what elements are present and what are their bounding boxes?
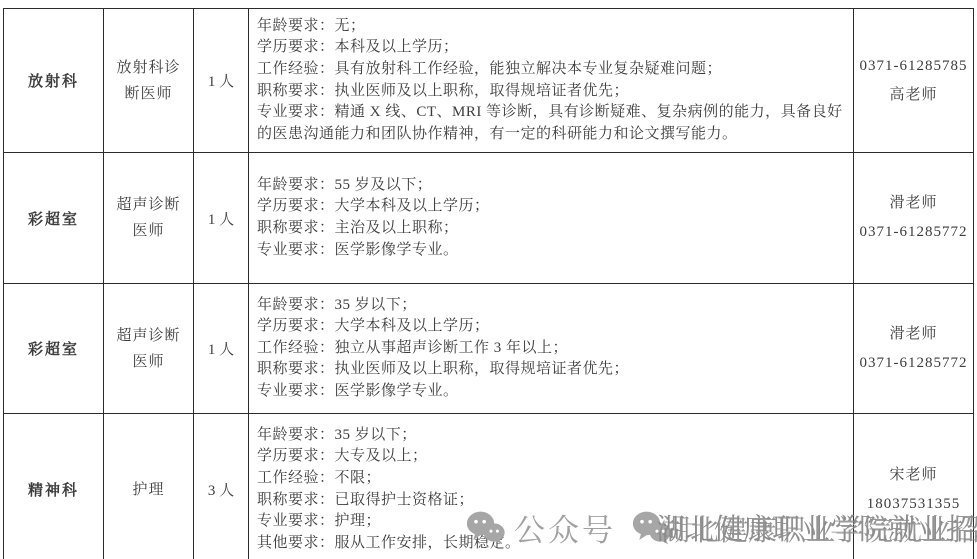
table-row: 彩超室 超声诊断医师 1 人 年龄要求：55 岁及以下； 学历要求：大学本科及以… bbox=[4, 153, 974, 284]
requirement-line: 学历要求：大专及以上； bbox=[257, 446, 847, 468]
contact-name: 宋老师 bbox=[855, 461, 972, 490]
requirement-line: 职称要求：执业医师及以上职称，取得规培证者优先； bbox=[257, 81, 847, 103]
contact-cell: 滑老师 0371-61285772 bbox=[854, 284, 974, 414]
requirement-line: 专业要求：精通 X 线、CT、MRI 等诊断，具有诊断疑难、复杂病例的能力，具备… bbox=[257, 102, 847, 145]
requirement-line: 年龄要求：35 岁以下； bbox=[257, 295, 847, 317]
headcount-cell: 1 人 bbox=[194, 9, 249, 153]
department-cell: 精神科 bbox=[4, 414, 104, 559]
requirements-cell: 年龄要求：无； 学历要求：本科及以上学历； 工作经验：具有放射科工作经验，能独立… bbox=[249, 9, 854, 153]
position-cell: 放射科诊断医师 bbox=[104, 9, 194, 153]
requirement-line: 学历要求：大学本科及以上学历； bbox=[257, 316, 847, 338]
headcount-cell: 1 人 bbox=[194, 153, 249, 284]
requirement-line: 工作经验：具有放射科工作经验，能独立解决本专业复杂疑难问题； bbox=[257, 59, 847, 81]
requirements-cell: 年龄要求：35 岁以下； 学历要求：大专及以上； 工作经验：不限； 职称要求：已… bbox=[249, 414, 854, 559]
requirement-line: 职称要求：主治及以上职称； bbox=[257, 218, 847, 240]
requirement-line: 其他要求：服从工作安排，长期稳定。 bbox=[257, 533, 847, 555]
requirement-line: 职称要求：已取得护士资格证； bbox=[257, 490, 847, 512]
recruitment-table: 放射科 放射科诊断医师 1 人 年龄要求：无； 学历要求：本科及以上学历； 工作… bbox=[3, 8, 974, 559]
requirement-line: 学历要求：大学本科及以上学历； bbox=[257, 196, 847, 218]
table-row: 彩超室 超声诊断医师 1 人 年龄要求：35 岁以下； 学历要求：大学本科及以上… bbox=[4, 284, 974, 414]
requirement-line: 年龄要求：35 岁以下； bbox=[257, 425, 847, 447]
contact-name: 滑老师 bbox=[855, 189, 972, 218]
department-cell: 彩超室 bbox=[4, 284, 104, 414]
requirement-line: 年龄要求：无； bbox=[257, 16, 847, 38]
requirement-line: 专业要求：医学影像学专业。 bbox=[257, 381, 847, 403]
requirement-line: 专业要求：医学影像学专业。 bbox=[257, 240, 847, 262]
requirements-cell: 年龄要求：35 岁以下； 学历要求：大学本科及以上学历； 工作经验：独立从事超声… bbox=[249, 284, 854, 414]
contact-name: 高老师 bbox=[855, 81, 972, 110]
contact-phone: 0371-61285772 bbox=[855, 218, 972, 247]
requirement-line: 工作经验：不限； bbox=[257, 468, 847, 490]
contact-cell: 0371-61285785 高老师 bbox=[854, 9, 974, 153]
requirement-line: 工作经验：独立从事超声诊断工作 3 年以上； bbox=[257, 338, 847, 360]
position-cell: 超声诊断医师 bbox=[104, 284, 194, 414]
headcount-cell: 1 人 bbox=[194, 284, 249, 414]
contact-phone: 0371-61285772 bbox=[855, 349, 972, 378]
table-row: 放射科 放射科诊断医师 1 人 年龄要求：无； 学历要求：本科及以上学历； 工作… bbox=[4, 9, 974, 153]
contact-cell: 滑老师 0371-61285772 bbox=[854, 153, 974, 284]
position-cell: 超声诊断医师 bbox=[104, 153, 194, 284]
headcount-cell: 3 人 bbox=[194, 414, 249, 559]
department-cell: 放射科 bbox=[4, 9, 104, 153]
requirement-line: 学历要求：本科及以上学历； bbox=[257, 37, 847, 59]
table-row: 精神科 护理 3 人 年龄要求：35 岁以下； 学历要求：大专及以上； 工作经验… bbox=[4, 414, 974, 559]
requirement-line: 年龄要求：55 岁及以下； bbox=[257, 175, 847, 197]
requirements-cell: 年龄要求：55 岁及以下； 学历要求：大学本科及以上学历； 职称要求：主治及以上… bbox=[249, 153, 854, 284]
position-cell: 护理 bbox=[104, 414, 194, 559]
department-cell: 彩超室 bbox=[4, 153, 104, 284]
requirement-line: 专业要求：护理； bbox=[257, 511, 847, 533]
requirement-line: 职称要求：执业医师及以上职称，取得规培证者优先； bbox=[257, 359, 847, 381]
contact-name: 滑老师 bbox=[855, 320, 972, 349]
contact-phone: 0371-61285785 bbox=[855, 52, 972, 81]
contact-cell: 宋老师 18037531355 bbox=[854, 414, 974, 559]
contact-phone: 18037531355 bbox=[855, 490, 972, 519]
